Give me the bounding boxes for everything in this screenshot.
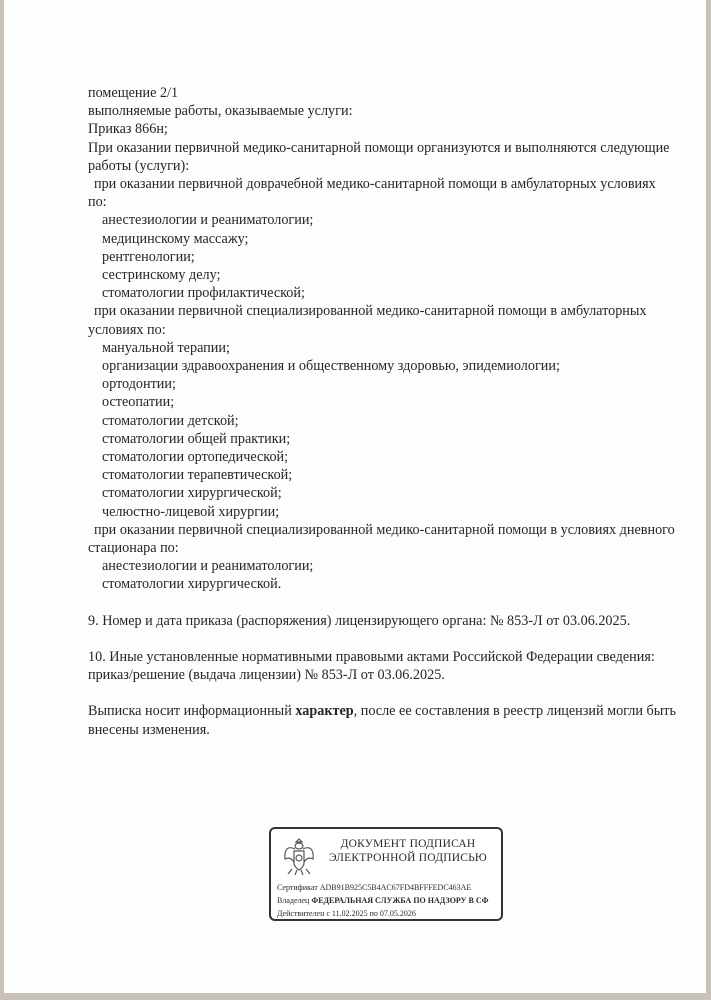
disclaimer-line2: внесены изменения. [88, 721, 688, 739]
owner-label: Владелец [277, 896, 309, 905]
document-line: челюстно-лицевой хирургии; [88, 503, 688, 521]
disclaimer-text-end: , после ее составления в реестр лицензий… [354, 703, 676, 719]
document-line: анестезиологии и реаниматологии; [88, 211, 688, 229]
disclaimer-bold: характер [295, 703, 353, 719]
certificate-row: Сертификат ADB91B925C5B4AC67FD4BFFFEDC46… [277, 881, 488, 894]
document-line: медицинскому массажу; [88, 230, 688, 248]
russian-coat-of-arms-icon [281, 835, 317, 877]
disclaimer-line1: Выписка носит информационный характер, п… [88, 702, 688, 720]
document-line: мануальной терапии; [88, 339, 688, 357]
document-line: ортодонтии; [88, 375, 688, 393]
document-line: стоматологии терапевтической; [88, 466, 688, 484]
document-line: сестринскому делу; [88, 266, 688, 284]
item-10-line2: приказ/решение (выдача лицензии) № 853-Л… [88, 666, 688, 684]
document-line: рентгенологии; [88, 248, 688, 266]
document-line: при оказании первичной доврачебной медик… [88, 175, 688, 193]
owner-value: ФЕДЕРАЛЬНАЯ СЛУЖБА ПО НАДЗОРУ В СФ [311, 896, 488, 905]
document-line: анестезиологии и реаниматологии; [88, 557, 688, 575]
stamp-title: ДОКУМЕНТ ПОДПИСАН ЭЛЕКТРОННОЙ ПОДПИСЬЮ [323, 837, 493, 865]
stamp-title-line1: ДОКУМЕНТ ПОДПИСАН [323, 837, 493, 851]
certificate-value: ADB91B925C5B4AC67FD4BFFFEDC463AE [320, 883, 472, 892]
owner-row: Владелец ФЕДЕРАЛЬНАЯ СЛУЖБА ПО НАДЗОРУ В… [277, 894, 488, 907]
document-line: стационара по: [88, 539, 688, 557]
document-line: при оказании первичной специализированно… [88, 302, 688, 320]
electronic-signature-stamp: ДОКУМЕНТ ПОДПИСАН ЭЛЕКТРОННОЙ ПОДПИСЬЮ С… [269, 827, 503, 921]
document-line: по: [88, 193, 688, 211]
document-line: стоматологии хирургической; [88, 484, 688, 502]
document-line: выполняемые работы, оказываемые услуги: [88, 102, 688, 120]
item-9-order: 9. Номер и дата приказа (распоряжения) л… [88, 612, 688, 630]
document-line: при оказании первичной специализированно… [88, 521, 688, 539]
disclaimer-text: Выписка носит информационный [88, 703, 295, 719]
document-line: стоматологии общей практики; [88, 430, 688, 448]
services-list: помещение 2/1выполняемые работы, оказыва… [88, 84, 688, 594]
validity-row: Действителен с 11.02.2025 по 07.05.2026 [277, 907, 488, 920]
document-line: стоматологии профилактической; [88, 284, 688, 302]
stamp-info: Сертификат ADB91B925C5B4AC67FD4BFFFEDC46… [277, 881, 488, 920]
document-line: остеопатии; [88, 393, 688, 411]
stamp-title-line2: ЭЛЕКТРОННОЙ ПОДПИСЬЮ [323, 851, 493, 865]
document-line: стоматологии хирургической. [88, 575, 688, 593]
item-10-line1: 10. Иные установленные нормативными прав… [88, 648, 688, 666]
document-line: стоматологии детской; [88, 412, 688, 430]
document-line: стоматологии ортопедической; [88, 448, 688, 466]
document-line: помещение 2/1 [88, 84, 688, 102]
document-page: помещение 2/1выполняемые работы, оказыва… [4, 0, 706, 993]
document-line: При оказании первичной медико-санитарной… [88, 139, 688, 157]
document-line: Приказ 866н; [88, 120, 688, 138]
document-line: условиях по: [88, 321, 688, 339]
document-line: работы (услуги): [88, 157, 688, 175]
document-body: помещение 2/1выполняемые работы, оказыва… [88, 84, 688, 739]
certificate-label: Сертификат [277, 883, 318, 892]
document-line: организации здравоохранения и общественн… [88, 357, 688, 375]
